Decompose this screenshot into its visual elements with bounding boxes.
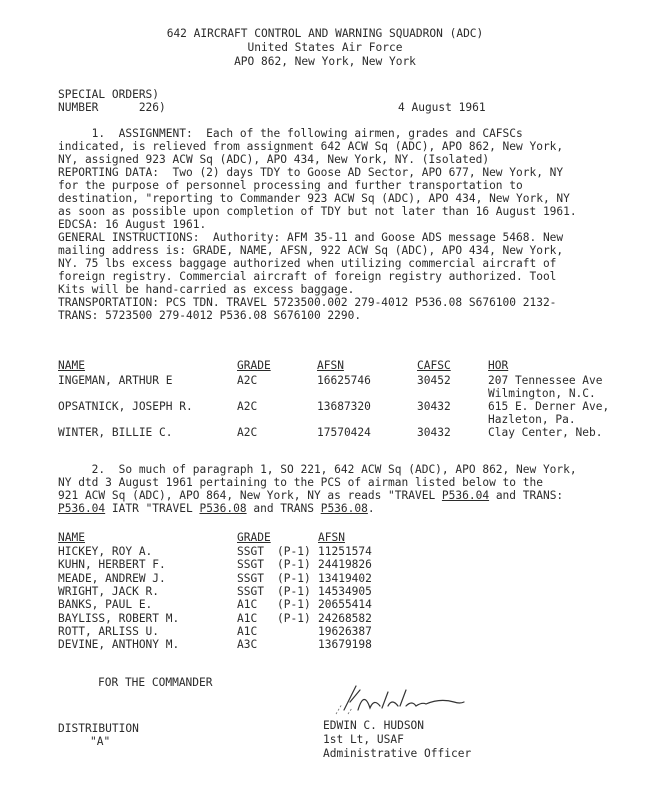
p2-line-2: NY dtd 3 August 1961 pertaining to the P… (58, 476, 543, 489)
cell-afsn: 24268582 (318, 612, 372, 625)
p2-text: and TRANS (247, 502, 321, 515)
p2-line-1: 2. So much of paragraph 1, SO 221, 642 A… (58, 463, 577, 476)
p2-text: IATR "TRAVEL (105, 502, 199, 515)
cell-name: MEADE, ANDREW J. (58, 572, 166, 585)
cell-name: HICKEY, ROY A. (58, 545, 152, 558)
cell-afsn: 20655414 (318, 598, 372, 611)
col-header-name: NAME (58, 359, 85, 372)
cell-pro: (P-1) (277, 572, 311, 585)
cell-name: BANKS, PAUL E. (58, 598, 152, 611)
p2-text: . (368, 502, 375, 515)
fund-code-new: P536.08 (321, 502, 368, 515)
cell-name: OPSATNICK, JOSEPH R. (58, 400, 193, 413)
p1-line: TRANSPORTATION: PCS TDN. TRAVEL 5723500.… (58, 296, 556, 309)
cell-pro: (P-1) (277, 558, 311, 571)
cell-hor2: Wilmington, N.C. (488, 387, 596, 400)
p2-line-3: 921 ACW Sq (ADC), APO 864, New York, NY … (58, 489, 563, 502)
p1-line: 1. ASSIGNMENT: Each of the following air… (58, 127, 523, 140)
cell-name: WRIGHT, JACK R. (58, 585, 159, 598)
p1-line: NY, assigned 923 ACW Sq (ADC), APO 434, … (58, 153, 489, 166)
letterhead-address: APO 862, New York, New York (0, 55, 650, 68)
cell-cafsc: 30432 (417, 426, 451, 439)
cell-hor2: Hazleton, Pa. (488, 413, 576, 426)
cell-grade: A1C (237, 625, 257, 638)
letterhead-service: United States Air Force (0, 41, 650, 54)
fund-code-old: P536.04 (442, 489, 489, 502)
cell-name: KUHN, HERBERT F. (58, 558, 166, 571)
distribution-label: DISTRIBUTION (58, 722, 139, 735)
cell-afsn: 16625746 (317, 374, 371, 387)
cell-afsn: 11251574 (318, 545, 372, 558)
p1-line: destination, "reporting to Commander 923… (58, 192, 570, 205)
p2-text: and TRANS: (489, 489, 563, 502)
order-date: 4 August 1961 (398, 101, 486, 114)
cell-name: INGEMAN, ARTHUR E (58, 374, 173, 387)
cell-grade: A1C (237, 612, 257, 625)
col-header-grade: GRADE (237, 359, 271, 372)
p1-line: GENERAL INSTRUCTIONS: Authority: AFM 35-… (58, 231, 563, 244)
p1-line: EDCSA: 16 August 1961. (58, 218, 206, 231)
cell-afsn: 24419826 (318, 558, 372, 571)
p1-line: for the purpose of personnel processing … (58, 179, 523, 192)
p1-line: TRANS: 5723500 279-4012 P536.08 S676100 … (58, 309, 361, 322)
cell-grade: A2C (237, 400, 257, 413)
signature-image (330, 680, 470, 718)
cell-name: BAYLISS, ROBERT M. (58, 612, 179, 625)
cell-afsn: 17570424 (317, 426, 371, 439)
cell-name: ROTT, ARLISS U. (58, 625, 159, 638)
cell-grade: SSGT (237, 572, 264, 585)
cell-afsn: 13679198 (318, 638, 372, 651)
cell-afsn: 14534905 (318, 585, 372, 598)
fund-code-old: P536.04 (58, 502, 105, 515)
cell-afsn: 13419402 (318, 572, 372, 585)
cell-cafsc: 30432 (417, 400, 451, 413)
cell-name: DEVINE, ANTHONY M. (58, 638, 179, 651)
col-header-afsn: AFSN (318, 531, 345, 544)
col-header-grade: GRADE (237, 531, 271, 544)
cell-hor1: 615 E. Derner Ave, (488, 400, 609, 413)
order-number: NUMBER 226) (58, 101, 166, 114)
p1-line: as soon as possible upon completion of T… (58, 205, 577, 218)
cell-grade: A1C (237, 598, 257, 611)
cell-afsn: 19626387 (318, 625, 372, 638)
cell-grade: SSGT (237, 585, 264, 598)
cell-grade: A3C (237, 638, 257, 651)
distribution-value: "A" (90, 735, 110, 748)
col-header-cafsc: CAFSC (417, 359, 451, 372)
p1-line: indicated, is relieved from assignment 6… (58, 140, 563, 153)
cell-grade: SSGT (237, 545, 264, 558)
fund-code-new: P536.08 (199, 502, 246, 515)
col-header-name: NAME (58, 531, 85, 544)
cell-grade: A2C (237, 374, 257, 387)
p1-line: foreign registry. Commercial aircraft of… (58, 270, 556, 283)
p1-line: Kits will be hand-carried as excess bagg… (58, 283, 354, 296)
p2-line-4: P536.04 IATR "TRAVEL P536.08 and TRANS P… (58, 502, 375, 515)
cell-pro: (P-1) (277, 585, 311, 598)
p1-line: mailing address is: GRADE, NAME, AFSN, 9… (58, 244, 563, 257)
col-header-afsn: AFSN (317, 359, 344, 372)
p2-text: 921 ACW Sq (ADC), APO 864, New York, NY … (58, 489, 442, 502)
col-header-hor: HOR (488, 359, 508, 372)
cell-hor1: 207 Tennessee Ave (488, 374, 603, 387)
cell-pro: (P-1) (277, 598, 311, 611)
signer-title: Administrative Officer (323, 747, 471, 760)
p1-line: REPORTING DATA: Two (2) days TDY to Goos… (58, 166, 563, 179)
cell-name: WINTER, BILLIE C. (58, 426, 173, 439)
signer-rank: 1st Lt, USAF (323, 733, 404, 746)
cell-afsn: 13687320 (317, 400, 371, 413)
cell-grade: A2C (237, 426, 257, 439)
cell-hor1: Clay Center, Neb. (488, 426, 603, 439)
letterhead-unit: 642 AIRCRAFT CONTROL AND WARNING SQUADRO… (0, 27, 650, 40)
signer-name: EDWIN C. HUDSON (323, 719, 424, 732)
cell-cafsc: 30452 (417, 374, 451, 387)
cell-grade: SSGT (237, 558, 264, 571)
order-type: SPECIAL ORDERS) (58, 88, 159, 101)
for-the-commander: FOR THE COMMANDER (98, 676, 213, 689)
cell-pro: (P-1) (277, 545, 311, 558)
p1-line: NY. 75 lbs excess baggage authorized whe… (58, 257, 556, 270)
cell-pro: (P-1) (277, 612, 311, 625)
